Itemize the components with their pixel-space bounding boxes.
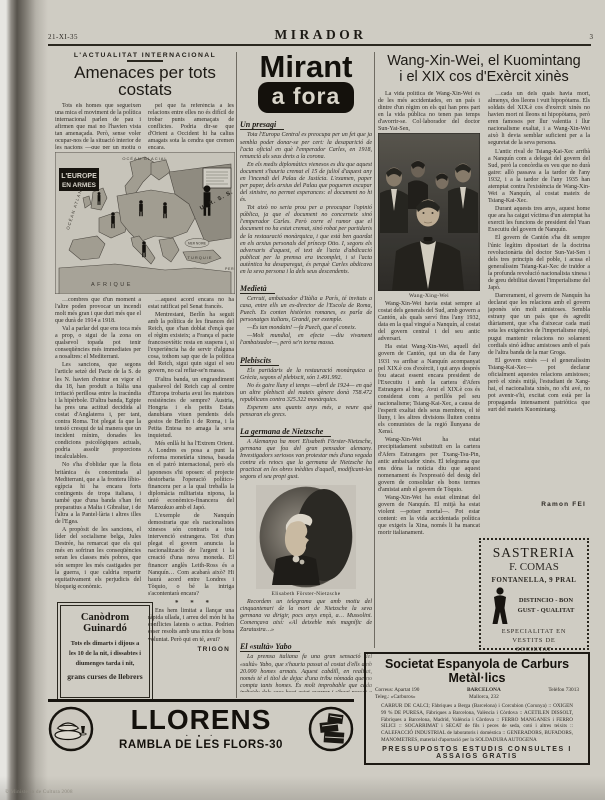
intro-col-b: pel que fa referència a les relacions en…: [148, 103, 234, 149]
ad-carburs-metallics: Societat Espanyola de Carburs Metàl·lics…: [364, 652, 590, 765]
page-number: 3: [503, 33, 593, 41]
ad-body-text: Tots els dimarts i dijous a les 10 de la…: [61, 634, 149, 668]
newspaper-title: MIRADOR: [138, 27, 503, 43]
paragraph: pel que fa referència a les relacions en…: [148, 103, 234, 149]
intro-col-a: Tots els homes que segueixen una mica el…: [55, 103, 141, 149]
ad-highlight-text: grans curses de llebrers: [61, 672, 149, 681]
mirant-logo-line1: Mirant: [240, 52, 372, 81]
mirant-logo-line2: a fora: [258, 82, 355, 113]
slogan-line: DISTINCIO - BON: [512, 596, 580, 606]
section-kicker: L'ACTUALITAT INTERNACIONAL: [55, 52, 235, 59]
specialty-line: ESPECIALITAT EN: [481, 627, 587, 636]
col-a-bottom-text: Wang-Xin-Wei havia estat sempre al costa…: [378, 301, 480, 623]
kicker-underline: [127, 60, 163, 62]
tableware-icon: [48, 706, 94, 752]
paragraph: Tota l'Europa Central es preocupa per un…: [240, 132, 372, 160]
ad-contact-left: Correus: Apartat 190 Teleg.: «Carburos»: [375, 687, 419, 701]
paragraph: …combres que d'un moment a l'altre poden…: [55, 297, 141, 325]
europe-map-figure: L'EUROPE EN ARMES: [55, 152, 235, 294]
ad-sastreria-comas: SASTRERIA F. COMAS FONTANELLA, 9 PRAL DI…: [479, 538, 589, 650]
paragraph: Les sancions, que segons l'article setzè…: [55, 362, 141, 461]
newspaper-page: 21-XI-35 MIRADOR 3 L'ACTUALITAT INTERNAC…: [0, 0, 605, 800]
paragraph: Darrerament, el govern de Nanquín ha dec…: [488, 293, 590, 357]
asterisk-separator: * * *: [148, 599, 234, 607]
phone-line: Telèfon 73013: [548, 687, 579, 694]
map-legend-box: [203, 168, 231, 188]
section-medieta: Medietà Cerruti, ambaixador d'Itàlia a P…: [240, 277, 372, 348]
nietzsche-portrait-illustration: [256, 485, 356, 589]
paragraph: D'altra banda, un engrandiment qualsevol…: [148, 377, 234, 441]
ad-footer-text: PRESSUPOSTOS ESTUDIS CONSULTES I ASSAIGS…: [366, 746, 588, 760]
column-mirant-a-fora: Mirant a fora Un presagi Tota l'Europa C…: [240, 52, 372, 692]
ad-brand-name: LLORENS: [98, 707, 304, 732]
column-rule-right: [374, 52, 375, 648]
paragraph: La premsa italiana fa una gran sensació …: [240, 654, 372, 692]
ad-center: LLORENS · ▪ · RAMBLA DE LES FLORS-30: [98, 707, 304, 750]
paragraph: Recordem un telegrama que amb motiu del …: [240, 599, 372, 634]
paragraph: Wang-Xin-Wei havia estat sempre al costa…: [378, 301, 480, 343]
tailcoat-man-silhouette-icon: [488, 586, 512, 626]
contact-line: Teleg.: «Carburos»: [375, 694, 419, 701]
ad-slogan: DISTINCIO - BON GUST - QUALITAT: [512, 596, 580, 616]
masthead-rule: [48, 44, 591, 46]
section-heading: La germana de Nietzsche: [240, 427, 331, 437]
article-headline-line1: Wang-Xin-Wei, el Kuomintang: [378, 54, 590, 70]
scan-bottom-shadow: [0, 776, 605, 800]
paragraph: Mentrestant, Berlín ha seguit amb la pol…: [148, 312, 234, 376]
paragraph: No s'ha d'oblidar que la flota britànica…: [55, 462, 141, 526]
section-un-presagi: Un presagi Tota l'Europa Central es preo…: [240, 113, 372, 276]
ad-specialty: ESPECIALITAT EN VESTITS DE SOCIETAT: [481, 627, 587, 654]
paragraph: Més enllà hi ha l'Extrem Orient. A Londr…: [148, 441, 234, 512]
section-germana-nietzsche: La germana de Nietzsche A Alemanya ha mo…: [240, 420, 372, 634]
map-label-afrique: AFRIQUE: [91, 282, 133, 288]
map-label-glacial: OCÉAN GLACIAL: [122, 156, 167, 161]
scan-gutter-shadow: [0, 0, 48, 800]
paragraph: No és gaire lluny el temps —abril de 192…: [240, 383, 372, 404]
ad-llorens: LLORENS · ▪ · RAMBLA DE LES FLORS-30: [48, 699, 354, 752]
paragraph: …aquest acord encara no ha estat ratific…: [148, 297, 234, 311]
section-sulta-yabo: El «sultà» Yabo La premsa italiana fa un…: [240, 635, 372, 692]
paragraph: Durant aquests tres anys, aquest home qu…: [488, 206, 590, 234]
paragraph: Val a parlar del que ens toca més a prop…: [55, 326, 141, 361]
ad-row: DISTINCIO - BON GUST - QUALITAT: [481, 584, 587, 626]
ad-address: FONTANELLA, 9 PRAL: [481, 576, 587, 584]
ad-owner-name: F. COMAS: [481, 561, 587, 573]
paragraph: A propòsit de les sancions, el líder del…: [55, 527, 141, 591]
contact-line: Correus: Apartat 190: [375, 687, 419, 694]
article-headline-line2: i el XIX cos d'Exèrcit xinès: [378, 70, 590, 86]
specialty-line: VESTITS DE: [481, 636, 587, 645]
paragraph: Tot això no seria prou per a preocupar l…: [240, 205, 372, 276]
map-label-mer-noire: MER NOIRE: [188, 241, 206, 245]
paragraph: La vida política de Wang-Xin-Wei és de l…: [378, 91, 480, 131]
article-headline: Amenaces per tots costats: [55, 64, 235, 99]
col-b-text: …cada un dels quals havia mort, almenys,…: [488, 91, 590, 499]
stacked-trunks-icon: [308, 706, 354, 752]
dialogue-line: —És tan mondain! —fa Puech, que el conei…: [240, 325, 372, 332]
street-line: Mallorca, 232: [467, 694, 501, 701]
section-heading: Plebiscits: [240, 356, 279, 366]
ad-inner-frame: Canòdrom Guinardó Tots els dimarts i dij…: [60, 605, 150, 698]
paragraph: Esperem uns quants anys més, a veure què…: [240, 405, 372, 419]
ad-title: SASTRERIA: [481, 545, 587, 561]
paragraph: Wang-Xin-Wei ha estat eliminat del gover…: [378, 495, 480, 537]
city-line: BARCELONA: [467, 687, 501, 694]
column-rule-left: [236, 52, 237, 698]
intro-columns: Tots els homes que segueixen una mica el…: [55, 103, 235, 149]
map-label-perse: PERSE: [225, 267, 235, 271]
ad-title: Canòdrom Guinardó: [61, 612, 149, 634]
issue-date: 21-XI-35: [48, 33, 138, 41]
paragraph: Ens hem limitat a llançar una ràpida ull…: [148, 608, 234, 643]
photo-caption: Wang-Xing-Wei: [378, 293, 480, 299]
slogan-line: GUST - QUALITAT: [512, 606, 580, 616]
paragraph: Ha estat Wang-Xin-Wei, aquell del govern…: [378, 344, 480, 436]
ad-contact-center: BARCELONA Mallorca, 232: [467, 687, 501, 701]
section-heading: Un presagi: [240, 120, 284, 130]
ad-contact-right: Telèfon 73013: [548, 687, 579, 701]
dialogue-line: —Molt mundial, en efecte —diu vivament l…: [240, 333, 372, 347]
section-heading: El «sultà» Yabo: [240, 642, 300, 652]
article-signature: Ramon FEI: [488, 501, 590, 508]
paragraph: L'antic rival de Tsiang-Kai-Xec arribà a…: [488, 149, 590, 206]
europe-map-illustration: L'EUROPE EN ARMES: [55, 152, 235, 294]
map-title-line1: L'EUROPE: [61, 173, 97, 180]
ad-address: RAMBLA DE LES FLORS-30: [98, 739, 304, 751]
ad-body-text: CARBUR DE CALCI; Fàbriques a Berga (Barc…: [366, 701, 588, 743]
paragraph: …cada un dels quals havia mort, almenys,…: [488, 91, 590, 148]
wang-photo-figure: [378, 133, 480, 291]
left-body-col-a: …combres que d'un moment a l'altre poden…: [55, 297, 141, 607]
paragraph: A Alemanya ha mort Elisabeth Förster-Nie…: [240, 439, 372, 481]
ad-canodrom-guinardo: Canòdrom Guinardó Tots els dimarts i dij…: [57, 602, 153, 701]
paragraph: Cerruti, ambaixador d'Itàlia a París, té…: [240, 296, 372, 324]
ad-contact-row: Correus: Apartat 190 Teleg.: «Carburos» …: [366, 685, 588, 701]
map-label-turquie: TURQUIE: [188, 255, 213, 260]
paragraph: Wang-Xin-Wei ha estat precipitadament su…: [378, 437, 480, 494]
digitization-watermark: © Ministerio de Cultura 2008: [5, 790, 73, 795]
masthead: 21-XI-35 MIRADOR 3: [48, 27, 593, 43]
right-body-col-a: La vida política de Wang-Xin-Wei és de l…: [378, 91, 480, 623]
left-body-col-b: …aquest acord encara no ha estat ratific…: [148, 297, 234, 699]
paragraph: Tots els homes que segueixen una mica el…: [55, 103, 141, 149]
paragraph: Els partidaris de la restauració monàrqu…: [240, 368, 372, 382]
paragraph: En els medis diplomàtics vienesos es diu…: [240, 162, 372, 204]
section-plebiscits: Plebiscits Els partidaris de la restaura…: [240, 349, 372, 420]
mirant-logo-box-wrap: a fora: [240, 82, 372, 113]
paragraph: L'exemple de Nanquín demostraria que els…: [148, 513, 234, 598]
wang-group-photo-illustration: [378, 133, 480, 291]
photo-caption: Elisabeth Förster-Nietzsche: [240, 591, 372, 597]
paragraph: El govern xinès —i el generalíssim Tsian…: [488, 358, 590, 415]
section-heading: Medietà: [240, 284, 275, 294]
ad-title: Societat Espanyola de Carburs Metàl·lics: [366, 657, 588, 685]
nietzsche-photo-figure: [240, 485, 372, 589]
article-signature: TRIGON: [148, 646, 234, 653]
col-a-top-text: La vida política de Wang-Xin-Wei és de l…: [378, 91, 480, 131]
paragraph: El govern de Cantón s'ha dit sempre l'ún…: [488, 235, 590, 292]
